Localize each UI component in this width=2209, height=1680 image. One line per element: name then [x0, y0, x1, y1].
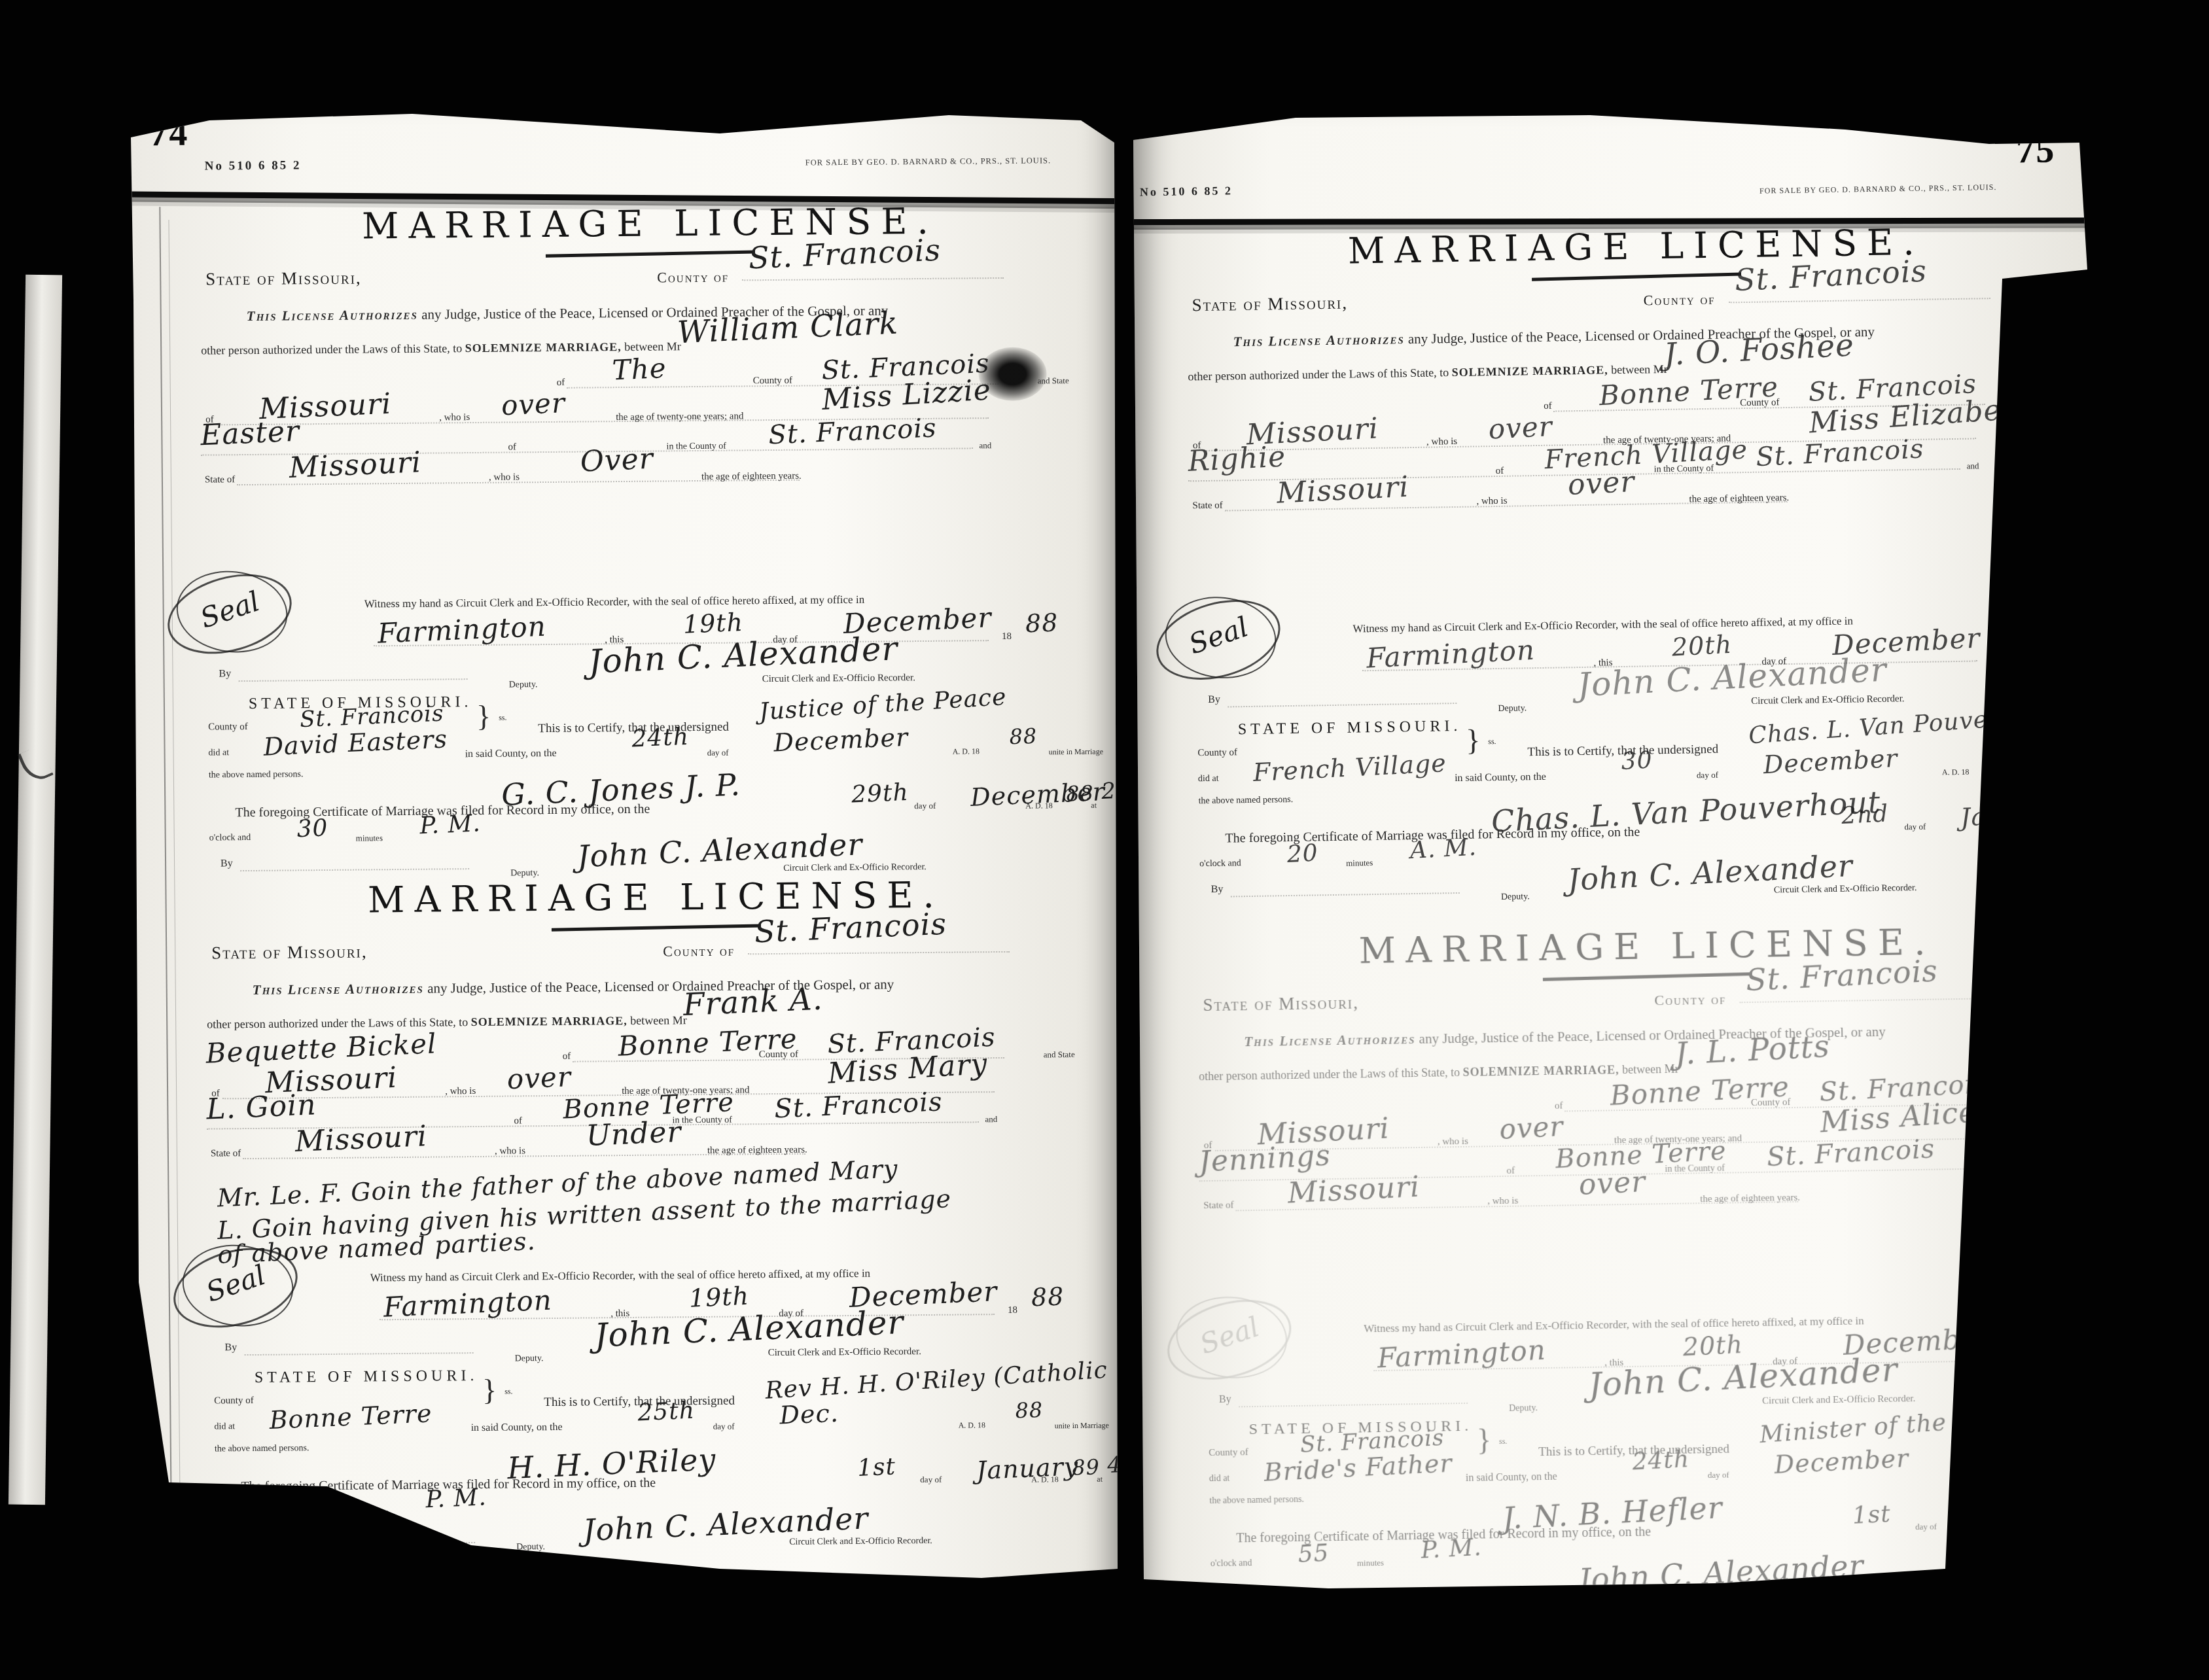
solemnize-label: SOLEMNIZE MARRIAGE, — [1462, 1063, 1619, 1079]
didat-label: did at — [215, 1422, 236, 1432]
filed-hour-script: 4 — [1106, 1452, 1122, 1479]
between-label: between Mr — [1622, 1062, 1679, 1076]
fill-line — [748, 951, 1010, 954]
oclock-label: o'clock and — [1211, 1558, 1252, 1569]
abovenamed-label: the above named persons. — [1198, 795, 1293, 807]
marriage-license-form: MARRIAGE LICENSE. State of Missouri, Cou… — [204, 873, 1113, 1574]
printer-credit: FOR SALE BY GEO. D. BARNARD & CO., PRS.,… — [805, 156, 1051, 167]
bride-county-script: St. Francois — [1755, 434, 1924, 472]
form-number: No 510 6 85 2 — [1140, 184, 1233, 199]
filed-hour-script: 2 — [1101, 778, 1116, 805]
and-label: and — [979, 440, 991, 451]
married-at-script: Bonne Terre — [269, 1399, 433, 1435]
unite-label: unite in Marriage — [1055, 1421, 1109, 1431]
stateof-label-bride: State of — [1203, 1200, 1234, 1212]
bride-age-script: over — [1578, 1165, 1647, 1202]
by-label-2: By — [221, 858, 233, 869]
filed-day-script: 1st — [1852, 1501, 1892, 1530]
ad18-label-married: A. D. 18 — [953, 746, 980, 756]
and-label: and — [1977, 1161, 1990, 1171]
insaid-label: in said County, on the — [1455, 771, 1546, 784]
license-title: MARRIAGE LICENSE. — [1195, 919, 2099, 975]
by-label-1: By — [1219, 1394, 1231, 1406]
by-label-1: By — [1208, 694, 1220, 706]
fill-line — [240, 867, 469, 871]
andstate-label: and State — [1044, 1049, 1075, 1060]
abovenamed-label: the above named persons. — [1209, 1495, 1304, 1507]
authorizes-lead: This License Authorizes — [1244, 1031, 1415, 1049]
unite-label: unite in Marriage — [2049, 1467, 2104, 1477]
brace-glyph: } — [1466, 722, 1481, 757]
authorizes-rest2: other person authorized under the Laws o… — [1188, 366, 1449, 383]
at-label-filed: at — [1097, 1475, 1103, 1484]
officiant-script: Minister of the Gospel — [1759, 1403, 2041, 1448]
ad18-label-married: A. D. 18 — [959, 1420, 985, 1430]
minutes-label: minutes — [1357, 1558, 1384, 1569]
witness-line: Witness my hand as Circuit Clerk and Ex-… — [1364, 1314, 1864, 1335]
deputy-label-1: Deputy. — [1498, 703, 1527, 714]
officiant-script: Chas. L. Van Pouvenhout — [1748, 701, 2061, 749]
married-year-script: 88 — [2009, 1443, 2039, 1469]
dayof-label-filed: day of — [1915, 1522, 1937, 1533]
eighteen-label-witness: 18 — [1002, 631, 1012, 642]
authorizes-rest2: other person authorized under the Laws o… — [201, 341, 462, 357]
clerk-title-2: Circuit Clerk and Ex-Officio Recorder. — [1774, 883, 1917, 896]
ad18-label-filed: A. D. 18 — [1025, 801, 1052, 811]
clerk-title-1: Circuit Clerk and Ex-Officio Recorder. — [1751, 693, 1904, 707]
license-title: MARRIAGE LICENSE. — [1184, 219, 2088, 275]
title-underline — [1532, 272, 1741, 281]
title-underline — [1543, 972, 1752, 981]
clerk-signature2-script: John C. Alexander — [1578, 1548, 1865, 1598]
filed-hour-script: 9 — [2091, 797, 2107, 824]
filed-year-script: 88 — [1065, 780, 1094, 807]
ad18-label-filed: A. D. 18 — [1031, 1475, 1058, 1484]
authorizes-lead: This License Authorizes — [247, 307, 418, 324]
solemnize-label: SOLEMNIZE MARRIAGE, — [465, 340, 622, 355]
filed-ampm-script: P. M. — [419, 810, 482, 839]
filed-minutes-script: 20 — [1286, 840, 1319, 868]
stateof-label-bride: State of — [211, 1148, 241, 1159]
marriage-license-form: MARRIAGE LICENSE. State of Missouri, Cou… — [1195, 919, 2109, 1626]
eighteen-label-witness: 18 — [2002, 1352, 2011, 1363]
filed-year-script: 89 — [2055, 800, 2085, 826]
deputy-label-2: Deputy. — [1512, 1592, 1541, 1603]
bride-age-script: over — [1567, 465, 1636, 502]
county-script: St. Francois — [748, 232, 942, 276]
married-month-script: December — [773, 723, 909, 758]
andstate-label: and State — [2036, 1095, 2067, 1106]
married-day-script: 24th — [1632, 1446, 1690, 1475]
bride-county-script: St. Francois — [768, 413, 937, 450]
fill-line — [1729, 297, 1990, 303]
and-label: and — [1967, 461, 1979, 471]
cert-county-label: County of — [1209, 1447, 1248, 1459]
married-day-script: 24th — [631, 724, 690, 753]
eighteen-label-witness: 18 — [1990, 652, 2000, 663]
unite-label: unite in Marriage — [1049, 747, 1103, 758]
didat-label: did at — [1209, 1474, 1230, 1484]
married-month-script: December — [1774, 1444, 1910, 1479]
married-month-script: December — [1763, 744, 1899, 779]
at-label-filed: at — [1091, 801, 1097, 811]
married-year-script: 88 — [1009, 724, 1038, 750]
page-number: 74 — [149, 113, 189, 155]
brace-glyph: } — [476, 699, 491, 733]
oclock-label: o'clock and — [215, 1507, 257, 1518]
insaid-label: in said County, on the — [1466, 1471, 1557, 1484]
groom-age-script: over — [501, 387, 566, 421]
state-label: State of Missouri, — [1203, 992, 1359, 1015]
bride-state-script: Missouri — [294, 1119, 428, 1159]
married-at-script: David Easters — [263, 724, 448, 761]
dayof-label-filed: day of — [1904, 822, 1926, 833]
minutes-label: minutes — [1346, 858, 1373, 869]
andstate-label: and State — [2024, 396, 2056, 407]
witness-line: Witness my hand as Circuit Clerk and Ex-… — [1352, 614, 1853, 635]
pen-mark — [17, 744, 54, 784]
county-label: County of — [1654, 991, 1726, 1009]
between-label: between Mr — [624, 340, 681, 353]
marriage-license-form: MARRIAGE LICENSE. State of Missouri, Cou… — [198, 199, 1107, 900]
marriage-license-form: MARRIAGE LICENSE. State of Missouri, Cou… — [1184, 219, 2098, 926]
officiant-script: Rev H. H. O'Riley (Catholic pastor) — [764, 1351, 1206, 1405]
deputy-label-1: Deputy. — [509, 680, 538, 690]
county-label: County of — [663, 943, 735, 960]
printer-credit: FOR SALE BY GEO. D. BARNARD & CO., PRS.,… — [1759, 183, 1997, 196]
filed-month-script: January — [976, 1452, 1079, 1485]
abovenamed-label: the above named persons. — [209, 769, 304, 780]
groom-name-script: Frank A. — [682, 981, 824, 1023]
officiant-script: Justice of the Peace — [758, 684, 1007, 726]
ad18-label-filed: A. D. 18 — [2026, 1521, 2054, 1531]
filed-year-script: 89 — [2066, 1500, 2096, 1526]
minutes-label: minutes — [356, 833, 383, 843]
bride-name2-script: Jennings — [1198, 1139, 1332, 1179]
clerk-title-1: Circuit Clerk and Ex-Officio Recorder. — [768, 1346, 921, 1359]
ss-label: ss. — [504, 1387, 512, 1397]
groom-age-script: over — [506, 1060, 572, 1095]
state-label: State of Missouri, — [1192, 293, 1348, 316]
fill-line — [1739, 997, 2001, 1003]
fill-line — [1242, 1592, 1471, 1597]
dayof-label-married: day of — [1708, 1470, 1729, 1481]
witness-year-script: 88 — [2024, 1328, 2059, 1358]
minutes-label: minutes — [362, 1507, 389, 1517]
authorizes-line2: other person authorized under the Laws o… — [201, 340, 681, 357]
filed-day-script: 1st — [857, 1453, 896, 1482]
married-at-script: French Village — [1252, 748, 1447, 787]
dayof-label-filed: day of — [920, 1475, 942, 1485]
filed-ampm-script: P. M. — [1421, 1534, 1483, 1564]
groom-name-script: J. L. Potts — [1674, 1028, 1831, 1072]
insaid-label: in said County, on the — [471, 1422, 563, 1434]
ad18-label-filed: A. D. 18 — [2015, 821, 2043, 831]
stateof-label-bride: State of — [1192, 500, 1223, 512]
brace-glyph: } — [482, 1373, 497, 1407]
witness-year-script: 88 — [1031, 1282, 1065, 1312]
witness-line: Witness my hand as Circuit Clerk and Ex-… — [370, 1267, 871, 1285]
deputy-label-1: Deputy. — [515, 1354, 544, 1364]
filed-year-script: 89 — [1071, 1454, 1100, 1480]
dayof-label-married: day of — [707, 748, 729, 758]
filed-minutes-script: 30 — [296, 814, 329, 843]
right-page-forms: 75 No 510 6 85 2 FOR SALE BY GEO. D. BAR… — [1120, 97, 2129, 1617]
witness-day-script: 20th — [1682, 1330, 1744, 1362]
state-label: State of Missouri, — [211, 941, 368, 963]
clerk-seal-doodle: Seal — [162, 563, 301, 662]
authorizes-line2: other person authorized under the Laws o… — [1199, 1062, 1679, 1084]
cert-county-label: County of — [208, 722, 248, 733]
ss-label: ss. — [1499, 1437, 1508, 1446]
county-script: St. Francois — [754, 906, 947, 950]
at-label-filed: at — [2092, 1520, 2098, 1530]
at-label-filed: at — [2081, 820, 2087, 830]
filed-month-script: January — [1971, 1498, 2074, 1532]
bride-state-script: Missouri — [289, 446, 422, 485]
groom-age-script: over — [1498, 1110, 1564, 1146]
between-label: between Mr — [1611, 362, 1668, 376]
deputy-label-2: Deputy. — [1501, 892, 1530, 903]
stateof-label-bride: State of — [205, 474, 235, 485]
filed-day-script: 29th — [851, 779, 909, 809]
clerk-title-1: Circuit Clerk and Ex-Officio Recorder. — [1762, 1393, 1915, 1407]
clerk-seal-doodle: Seal — [1150, 588, 1290, 688]
witness-day-script: 19th — [682, 608, 744, 639]
state-label: State of Missouri, — [205, 268, 362, 289]
groom-name2-script: Bequette Bickel — [205, 1027, 438, 1069]
title-underline — [552, 924, 761, 932]
andstate-label: and State — [1038, 376, 1069, 386]
fill-line — [742, 277, 1004, 281]
married-month-script: Dec. — [779, 1399, 839, 1430]
filed-month-script: January — [1960, 798, 2063, 832]
authorizes-lead: This License Authorizes — [1233, 331, 1404, 349]
dayof-label-married: day of — [713, 1422, 735, 1432]
between-label: between Mr — [630, 1013, 687, 1027]
witness-year-script: 88 — [1025, 608, 1059, 638]
didat-label: did at — [209, 748, 230, 758]
record-book-scan: 74 No 510 6 85 2 FOR SALE BY GEO. D. BAR… — [0, 0, 2209, 1680]
fill-line — [1228, 702, 1457, 707]
married-year-script: 88 — [1998, 744, 2028, 770]
fill-line — [246, 1541, 475, 1545]
deputy-label-2: Deputy. — [516, 1542, 545, 1552]
fill-line — [1231, 892, 1460, 897]
witness-line: Witness my hand as Circuit Clerk and Ex-… — [364, 593, 865, 611]
bride-state-script: Missouri — [1287, 1170, 1421, 1210]
by-label-2: By — [1222, 1584, 1234, 1596]
married-at-script: Bride's Father — [1264, 1448, 1453, 1487]
license-title: MARRIAGE LICENSE. — [204, 873, 1108, 922]
authorizes-rest2: other person authorized under the Laws o… — [1199, 1066, 1460, 1083]
clerk-title-2: Circuit Clerk and Ex-Officio Recorder. — [789, 1536, 932, 1548]
bride-age-script: Over — [580, 442, 654, 479]
bride-state-script: Missouri — [1276, 470, 1410, 510]
left-page-forms: 74 No 510 6 85 2 FOR SALE BY GEO. D. BAR… — [124, 100, 1125, 1613]
form-number: No 510 6 85 2 — [205, 158, 302, 173]
bride-name2-script: Easter — [200, 415, 300, 453]
cert-state-label: State of Missouri. — [1238, 718, 1462, 739]
clerk-title-2: Circuit Clerk and Ex-Officio Recorder. — [783, 862, 927, 874]
county-label: County of — [1643, 291, 1715, 309]
filed-hour-script: 2 — [2102, 1497, 2118, 1524]
bride-age-script: Under — [586, 1115, 682, 1153]
cert-county-label: County of — [214, 1395, 254, 1407]
license-title: MARRIAGE LICENSE. — [198, 199, 1102, 249]
by-label-2: By — [1211, 884, 1224, 896]
left-page: 74 No 510 6 85 2 FOR SALE BY GEO. D. BAR… — [131, 105, 1119, 1609]
ad18-label-married: A. D. 18 — [1942, 767, 1970, 778]
ss-label: ss. — [1488, 737, 1496, 746]
and-label: and — [985, 1114, 997, 1125]
dayof-label-filed: day of — [914, 801, 936, 811]
filed-minutes-script: 55 — [1298, 1539, 1330, 1567]
filed-minutes-script: 20 — [302, 1488, 335, 1516]
ss-label: ss. — [499, 713, 506, 723]
didat-label: did at — [1198, 774, 1219, 784]
page-number: 75 — [2016, 130, 2056, 172]
filed-ampm-script: P. M. — [425, 1484, 487, 1513]
groom-residence-script: The — [611, 352, 667, 387]
fill-line — [1239, 1402, 1468, 1407]
authorizes-line2: other person authorized under the Laws o… — [207, 1013, 687, 1031]
brace-glyph: } — [1477, 1422, 1492, 1457]
ad18-label-married: A. D. 18 — [1953, 1467, 1981, 1478]
bride-county-script: St. Francois — [773, 1087, 943, 1124]
witness-day-script: 20th — [1671, 630, 1733, 662]
solemnize-label: SOLEMNIZE MARRIAGE, — [1452, 363, 1608, 379]
authorizes-rest1: any Judge, Justice of the Peace, License… — [427, 976, 894, 996]
by-label-1: By — [224, 1342, 237, 1354]
oclock-label: o'clock and — [209, 833, 251, 844]
filed-day-script: 2nd — [1841, 800, 1889, 830]
eighteen-label-witness: 18 — [1008, 1305, 1017, 1316]
solemnize-label: SOLEMNIZE MARRIAGE, — [471, 1014, 627, 1028]
oclock-label: o'clock and — [1199, 858, 1241, 869]
loose-page-edge — [9, 275, 62, 1505]
clerk-title-1: Circuit Clerk and Ex-Officio Recorder. — [762, 673, 915, 685]
clerk-seal-doodle: Seal — [168, 1236, 307, 1336]
witness-year-script: 88 — [2013, 628, 2048, 658]
dayof-label-married: day of — [1697, 770, 1718, 781]
clerk-seal-doodle: Seal — [1161, 1288, 1301, 1388]
deputy-label-1: Deputy. — [1509, 1403, 1538, 1414]
unite-label: unite in Marriage — [2038, 767, 2093, 777]
cert-state-label: State of Missouri. — [255, 1367, 478, 1387]
authorizes-lead: This License Authorizes — [253, 981, 424, 998]
by-label-2: By — [226, 1531, 239, 1543]
filed-ampm-script: A. M. — [1409, 834, 1477, 864]
married-day-script: 25th — [637, 1397, 696, 1427]
witness-day-script: 19th — [688, 1282, 750, 1313]
title-underline — [546, 251, 755, 258]
bride-name2-script: L. Goin — [205, 1088, 317, 1126]
bride-name2-script: Righie — [1187, 440, 1286, 478]
clerk-title-2: Circuit Clerk and Ex-Officio Recorder. — [1785, 1583, 1928, 1596]
married-year-script: 88 — [1015, 1397, 1044, 1424]
groom-age-script: over — [1487, 410, 1553, 446]
by-label-1: By — [219, 668, 231, 680]
county-label: County of — [657, 269, 729, 287]
abovenamed-label: the above named persons. — [215, 1443, 309, 1454]
right-page: 75 No 510 6 85 2 FOR SALE BY GEO. D. BAR… — [1132, 105, 2117, 1609]
married-day-script: 30 — [1621, 746, 1653, 775]
authorizes-line2: other person authorized under the Laws o… — [1188, 362, 1668, 384]
cert-county-label: County of — [1197, 747, 1237, 759]
insaid-label: in said County, on the — [465, 748, 557, 760]
fill-line — [245, 1352, 474, 1356]
bride-county-script: St. Francois — [1766, 1134, 1935, 1172]
fill-line — [239, 678, 468, 682]
